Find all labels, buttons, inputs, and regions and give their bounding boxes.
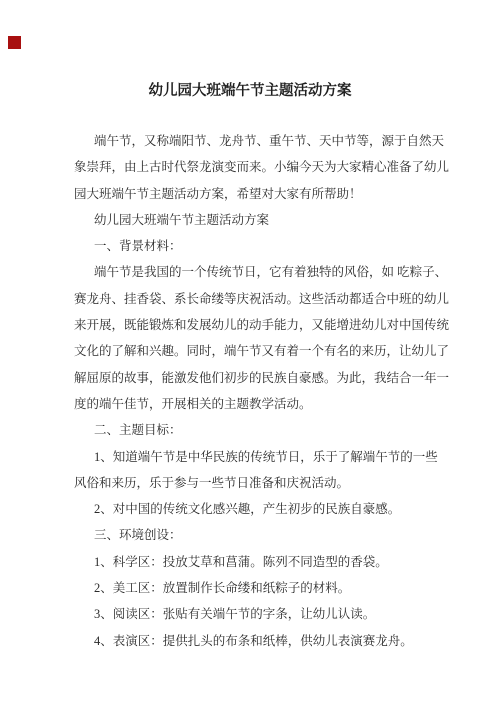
paragraph: 二、主题目标： [74,417,426,443]
text-line: 来开展，既能锻炼和发展幼儿的动手能力，又能增进幼儿对中国传统 [74,312,426,338]
document-body: 端午节，又称端阳节、龙舟节、重午节、天中节等，源于自然天象崇拜，由上古时代祭龙演… [74,128,426,654]
text-line: 象崇拜，由上古时代祭龙演变而来。小编今天为大家精心准备了幼儿 [74,154,426,180]
paragraph: 端午节是我国的一个传统节日，它有着独特的风俗，如 吃粽子、赛龙舟、挂香袋、系长命… [74,259,426,417]
paragraph: 一、背景材料： [74,233,426,259]
text-line: 风俗和来历，乐于参与一些节日准备和庆祝活动。 [74,470,426,496]
paragraph: 端午节，又称端阳节、龙舟节、重午节、天中节等，源于自然天象崇拜，由上古时代祭龙演… [74,128,426,207]
text-line: 三、环境创设： [74,522,426,548]
page-title: 幼儿园大班端午节主题活动方案 [0,78,500,104]
text-line: 端午节，又称端阳节、龙舟节、重午节、天中节等，源于自然天 [74,128,426,154]
text-line: 1、知道端午节是中华民族的传统节日，乐于了解端午节的一些 [74,444,426,470]
paragraph: 1、科学区：投放艾草和菖蒲。陈列不同造型的香袋。 [74,549,426,575]
paragraph: 幼儿园大班端午节主题活动方案 [74,207,426,233]
paragraph: 1、知道端午节是中华民族的传统节日，乐于了解端午节的一些风俗和来历，乐于参与一些… [74,444,426,497]
paragraph: 3、阅读区：张贴有关端午节的字条，让幼儿认读。 [74,601,426,627]
text-line: 2、对中国的传统文化感兴趣，产生初步的民族自豪感。 [74,496,426,522]
text-line: 解屈原的故事，能激发他们初步的民族自豪感。为此，我结合一年一 [74,365,426,391]
text-line: 幼儿园大班端午节主题活动方案 [74,207,426,233]
text-line: 1、科学区：投放艾草和菖蒲。陈列不同造型的香袋。 [74,549,426,575]
text-line: 4、表演区：提供扎头的布条和纸棒，供幼儿表演赛龙舟。 [74,628,426,654]
text-line: 3、阅读区：张贴有关端午节的字条，让幼儿认读。 [74,601,426,627]
paragraph: 2、对中国的传统文化感兴趣，产生初步的民族自豪感。 [74,496,426,522]
text-line: 赛龙舟、挂香袋、系长命缕等庆祝活动。这些活动都适合中班的幼儿 [74,286,426,312]
text-line: 文化的了解和兴趣。同时，端午节又有着一个有名的来历，让幼儿了 [74,338,426,364]
text-line: 二、主题目标： [74,417,426,443]
paragraph: 三、环境创设： [74,522,426,548]
paragraph: 4、表演区：提供扎头的布条和纸棒，供幼儿表演赛龙舟。 [74,628,426,654]
text-line: 2、美工区：放置制作长命缕和纸粽子的材料。 [74,575,426,601]
text-line: 度的端午佳节，开展相关的主题教学活动。 [74,391,426,417]
text-line: 端午节是我国的一个传统节日，它有着独特的风俗，如 吃粽子、 [74,259,426,285]
text-line: 园大班端午节主题活动方案，希望对大家有所帮助！ [74,181,426,207]
paragraph: 2、美工区：放置制作长命缕和纸粽子的材料。 [74,575,426,601]
text-line: 一、背景材料： [74,233,426,259]
red-corner-mark [8,36,21,49]
